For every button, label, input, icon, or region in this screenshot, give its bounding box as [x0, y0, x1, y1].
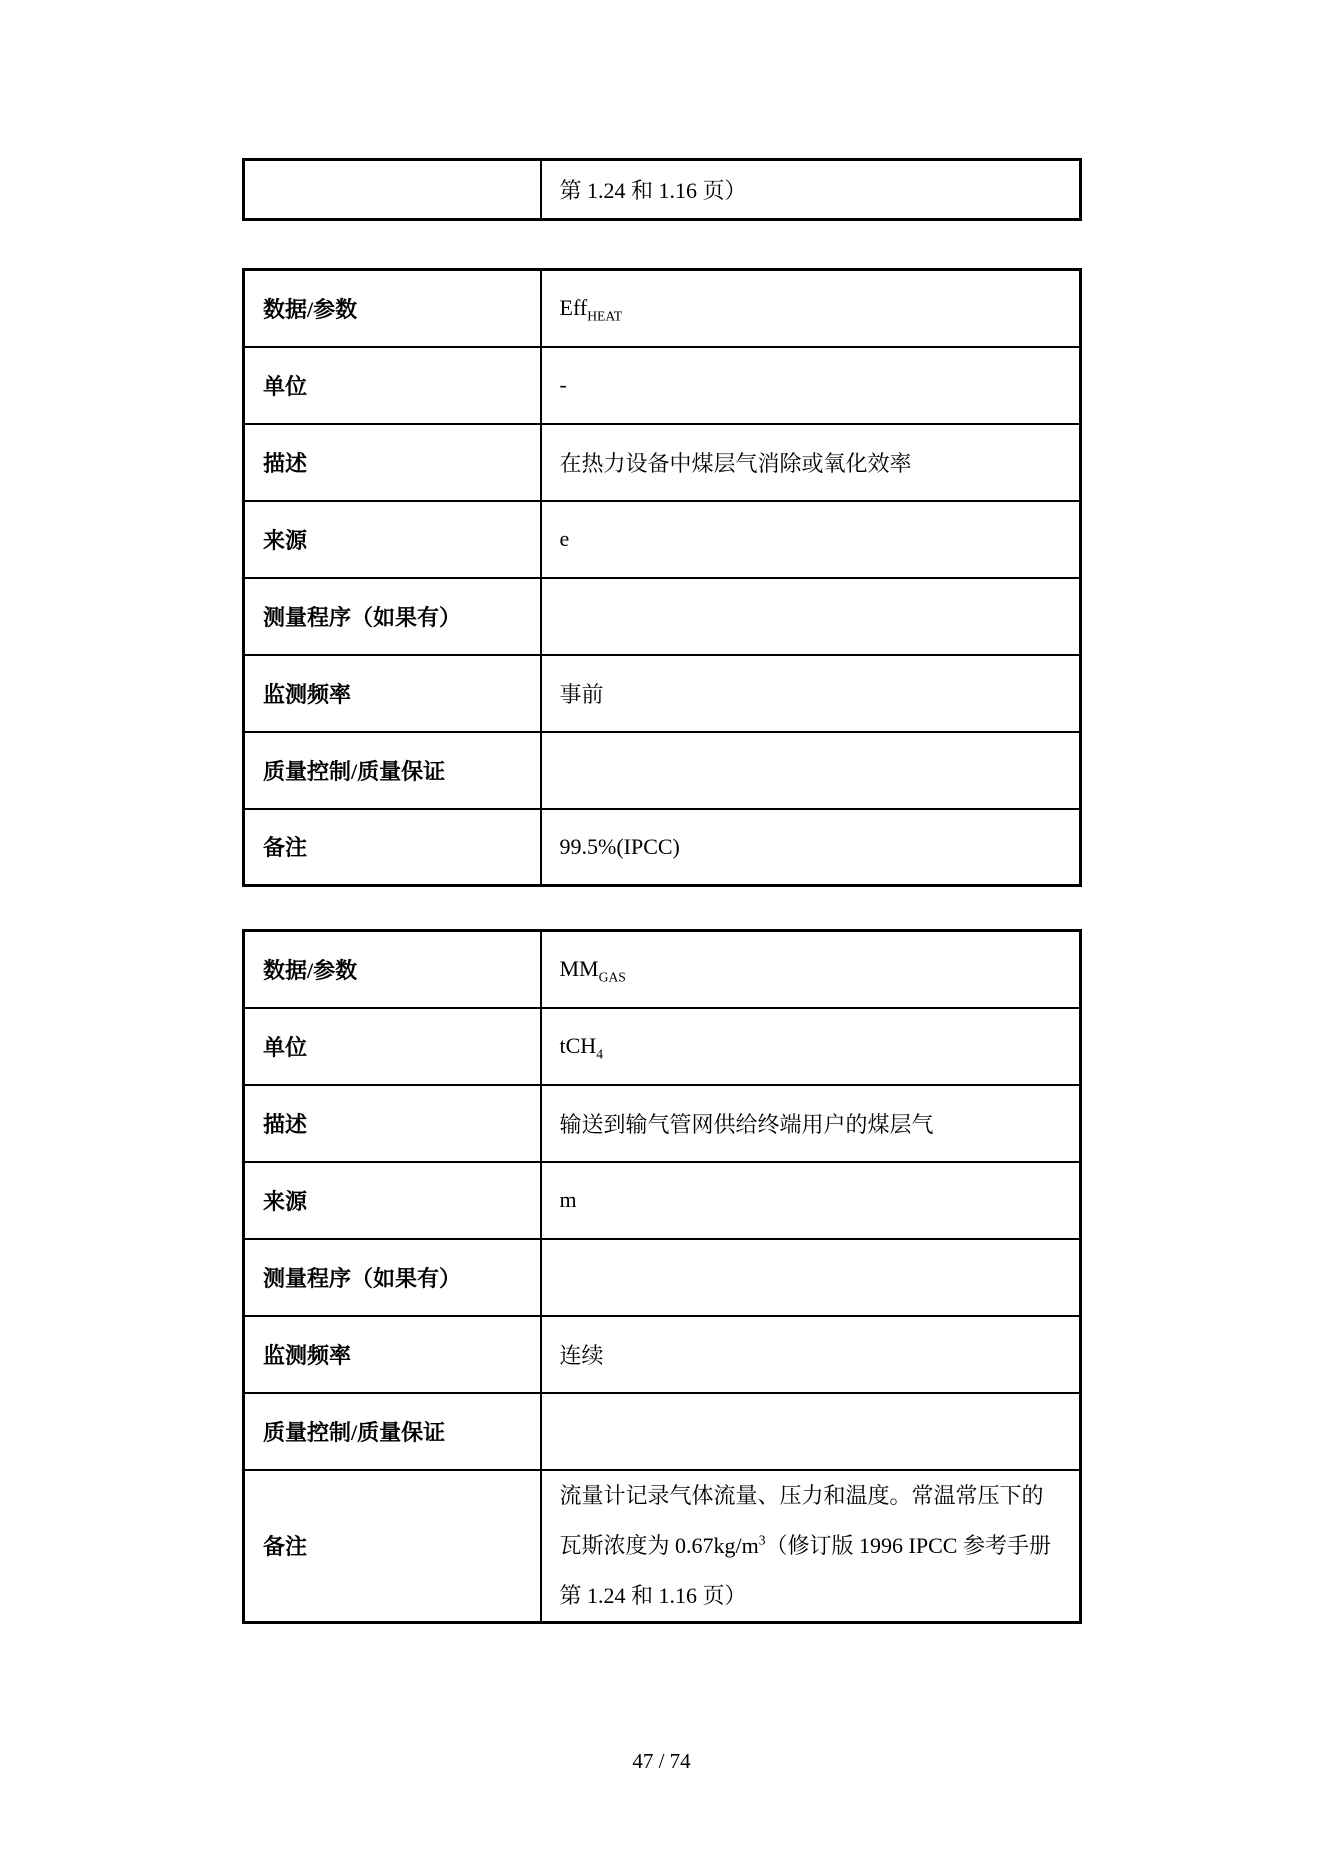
page-number: 47 / 74 — [0, 1749, 1323, 1774]
data-parameter-label: 数据/参数 — [244, 931, 541, 1008]
qc-qa-label: 质量控制/质量保证 — [244, 1393, 541, 1470]
remark-value: 流量计记录气体流量、压力和温度。常温常压下的 瓦斯浓度为 0.67kg/m3（修… — [541, 1470, 1081, 1623]
description-label: 描述 — [244, 424, 541, 501]
table-row: 数据/参数 EffHEAT — [244, 270, 1081, 347]
table-row: 第 1.24 和 1.16 页） — [244, 160, 1081, 220]
table-row: 备注 99.5%(IPCC) — [244, 809, 1081, 886]
parameter-table-effheat: 数据/参数 EffHEAT 单位 - 描述 在热力设备中煤层气消除或氧化效率 来… — [242, 268, 1082, 887]
unit-label: 单位 — [244, 347, 541, 424]
continuation-value-cell: 第 1.24 和 1.16 页） — [541, 160, 1081, 220]
qc-qa-label: 质量控制/质量保证 — [244, 732, 541, 809]
remark-line-1: 流量计记录气体流量、压力和温度。常温常压下的 — [560, 1471, 1066, 1521]
qc-qa-value — [541, 732, 1081, 809]
unit-subscript: 4 — [596, 1046, 603, 1061]
table-row: 备注 流量计记录气体流量、压力和温度。常温常压下的 瓦斯浓度为 0.67kg/m… — [244, 1470, 1081, 1623]
unit-value: - — [541, 347, 1081, 424]
remark-label: 备注 — [244, 809, 541, 886]
measurement-procedure-label: 测量程序（如果有） — [244, 578, 541, 655]
monitoring-frequency-value: 事前 — [541, 655, 1081, 732]
source-value: m — [541, 1162, 1081, 1239]
table-row: 质量控制/质量保证 — [244, 1393, 1081, 1470]
document-page: 第 1.24 和 1.16 页） 数据/参数 EffHEAT 单位 - 描述 在… — [0, 0, 1323, 1871]
monitoring-frequency-value: 连续 — [541, 1316, 1081, 1393]
description-value: 在热力设备中煤层气消除或氧化效率 — [541, 424, 1081, 501]
param-symbol-subscript: HEAT — [587, 309, 622, 324]
param-symbol-subscript: GAS — [599, 970, 626, 985]
monitoring-frequency-label: 监测频率 — [244, 655, 541, 732]
measurement-procedure-value — [541, 578, 1081, 655]
measurement-procedure-label: 测量程序（如果有） — [244, 1239, 541, 1316]
table-row: 测量程序（如果有） — [244, 1239, 1081, 1316]
parameter-table-mmgas: 数据/参数 MMGAS 单位 tCH4 描述 输送到输气管网供给终端用户的煤层气… — [242, 929, 1082, 1624]
param-symbol-base: MM — [560, 956, 599, 981]
table-row: 来源 m — [244, 1162, 1081, 1239]
measurement-procedure-value — [541, 1239, 1081, 1316]
qc-qa-value — [541, 1393, 1081, 1470]
cubic-meter-superscript: 3 — [759, 1532, 766, 1547]
unit-value: tCH4 — [541, 1008, 1081, 1085]
unit-label: 单位 — [244, 1008, 541, 1085]
param-symbol-base: Eff — [560, 295, 588, 320]
source-label: 来源 — [244, 1162, 541, 1239]
remark-label: 备注 — [244, 1470, 541, 1623]
description-value: 输送到输气管网供给终端用户的煤层气 — [541, 1085, 1081, 1162]
remark-line-3: 第 1.24 和 1.16 页） — [560, 1571, 1066, 1621]
data-parameter-label: 数据/参数 — [244, 270, 541, 347]
table-row: 质量控制/质量保证 — [244, 732, 1081, 809]
source-label: 来源 — [244, 501, 541, 578]
continuation-label-cell — [244, 160, 541, 220]
table-row: 数据/参数 MMGAS — [244, 931, 1081, 1008]
table-row: 监测频率 事前 — [244, 655, 1081, 732]
table-row: 描述 在热力设备中煤层气消除或氧化效率 — [244, 424, 1081, 501]
monitoring-frequency-label: 监测频率 — [244, 1316, 541, 1393]
remark-line-2: 瓦斯浓度为 0.67kg/m3（修订版 1996 IPCC 参考手册 — [560, 1521, 1066, 1571]
data-parameter-value: EffHEAT — [541, 270, 1081, 347]
table-row: 单位 tCH4 — [244, 1008, 1081, 1085]
description-label: 描述 — [244, 1085, 541, 1162]
table-row: 监测频率 连续 — [244, 1316, 1081, 1393]
source-value: e — [541, 501, 1081, 578]
remark-value: 99.5%(IPCC) — [541, 809, 1081, 886]
continuation-table: 第 1.24 和 1.16 页） — [242, 158, 1082, 221]
unit-base: tCH — [560, 1033, 597, 1058]
table-row: 单位 - — [244, 347, 1081, 424]
table-row: 测量程序（如果有） — [244, 578, 1081, 655]
table-row: 描述 输送到输气管网供给终端用户的煤层气 — [244, 1085, 1081, 1162]
table-row: 来源 e — [244, 501, 1081, 578]
data-parameter-value: MMGAS — [541, 931, 1081, 1008]
